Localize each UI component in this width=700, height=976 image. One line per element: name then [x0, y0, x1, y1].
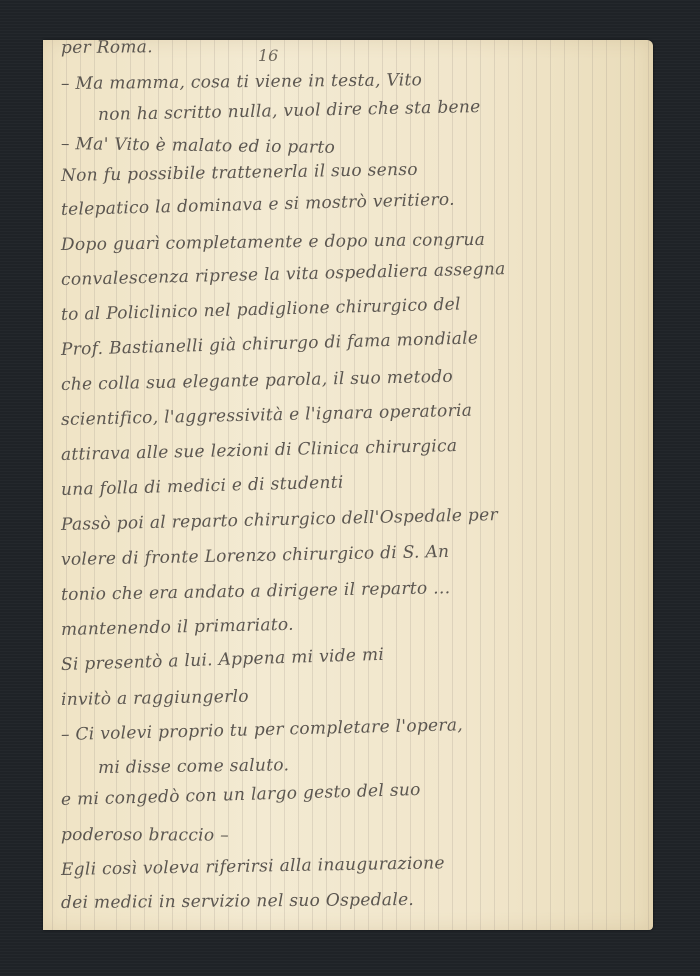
text-line: invitò a raggiungerlo [61, 687, 249, 710]
text-line: per Roma. [61, 40, 153, 58]
text-line: – Ma' Vito è malato ed io parto [61, 134, 335, 158]
manuscript-page: 16 per Roma.– Ma mamma, cosa ti viene in… [43, 40, 653, 930]
text-line: dei medici in servizio nel suo Ospedale. [61, 890, 414, 913]
text-line: – Ma mamma, cosa ti viene in testa, Vito [61, 70, 422, 94]
text-line: poderoso braccio – [61, 825, 229, 846]
text-line: mi disse come saluto. [98, 755, 290, 778]
page-number: 16 [258, 46, 278, 65]
